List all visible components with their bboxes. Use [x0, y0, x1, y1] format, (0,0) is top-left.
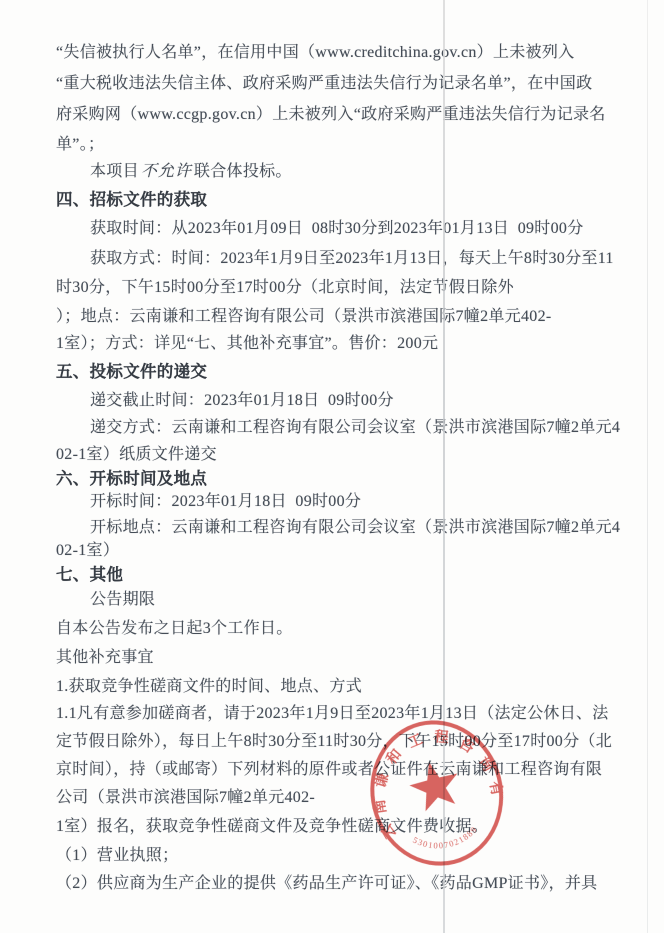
document-line: 单”。；	[56, 137, 104, 153]
document-line: 开标地点：云南谦和工程咨询有限公司会议室（景洪市滨港国际7幢2单元4	[90, 520, 620, 536]
document-line: “失信被执行人名单”，在信用中国（www.creditchina.gov.cn）…	[56, 45, 574, 61]
document-line: 1室）；方式：详见“七、其他补充事宜”。售价：200元	[56, 336, 438, 352]
document-line: 京时间），持（或邮寄）下列材料的原件或者公证件在云南谦和工程咨询有限	[56, 762, 602, 778]
star-icon	[405, 756, 464, 814]
document-line: 获取时间：从2023年01月09日 08时30分到2023年01月13日 09时…	[90, 221, 584, 237]
document-line: 府采购网（www.ccgp.gov.cn）上未被列入“政府采购严重违法失信行为记…	[56, 107, 606, 123]
document-line: 获取方式：时间：2023年1月9日至2023年1月13日，每天上午8时30分至1…	[90, 251, 614, 267]
document-line: 1.获取竞争性磋商文件的时间、地点、方式	[56, 679, 362, 695]
document-text: “失信被执行人名单”，在信用中国（www.creditchina.gov.cn）…	[0, 0, 664, 933]
document-line: 公告期限	[90, 592, 155, 608]
document-line: “重大税收违法失信主体、政府采购严重违法失信行为记录名单”，在中国政	[56, 76, 592, 92]
document-line: 递交方式：云南谦和工程咨询有限公司会议室（景洪市滨港国际7幢2单元4	[90, 420, 620, 436]
document-line: 其他补充事宜	[56, 650, 154, 666]
document-line: 02-1室）	[56, 543, 119, 559]
document-line: （1）营业执照；	[56, 848, 178, 864]
seal-number: 5301007021889	[409, 820, 481, 858]
document-line: 自本公告发布之日起3个工作日。	[56, 621, 293, 637]
text-segment: 联合体投标。	[194, 163, 292, 180]
document-line: 本项目不允许联合体投标。	[90, 164, 292, 180]
emphasis-text: 不允许	[139, 163, 194, 180]
document-line: 时30分，下午15时00分至17时00分（北京时间，法定节假日除外	[56, 280, 514, 296]
document-line: 02-1室）纸质文件递交	[56, 447, 217, 463]
text-segment: 本项目	[90, 163, 139, 180]
document-page: “失信被执行人名单”，在信用中国（www.creditchina.gov.cn）…	[0, 0, 664, 933]
document-line: 开标时间：2023年01月18日 09时00分	[90, 494, 361, 510]
document-line: ）；地点：云南谦和工程咨询有限公司（景洪市滨港国际7幢2单元402-	[56, 309, 552, 325]
section-heading: 五、投标文件的递交	[56, 364, 207, 381]
section-heading: 七、其他	[56, 567, 123, 584]
section-heading: 六、开标时间及地点	[56, 471, 207, 488]
document-line: （2）供应商为生产企业的提供《药品生产许可证》、《药品GMP证书》，并具	[56, 876, 597, 892]
section-heading: 四、招标文件的获取	[56, 192, 207, 209]
document-line: 定节假日除外），每日上午8时30分至11时30分，下午15时00分至17时00分…	[56, 734, 612, 750]
page-edge-line	[647, 0, 648, 933]
document-line: 递交截止时间：2023年01月18日 09时00分	[90, 393, 394, 409]
document-line: 公司（景洪市滨港国际7幢2单元402-	[56, 790, 315, 806]
document-line: 1.1凡有意参加磋商者，请于2023年1月9日至2023年1月13日（法定公休日…	[56, 706, 609, 722]
